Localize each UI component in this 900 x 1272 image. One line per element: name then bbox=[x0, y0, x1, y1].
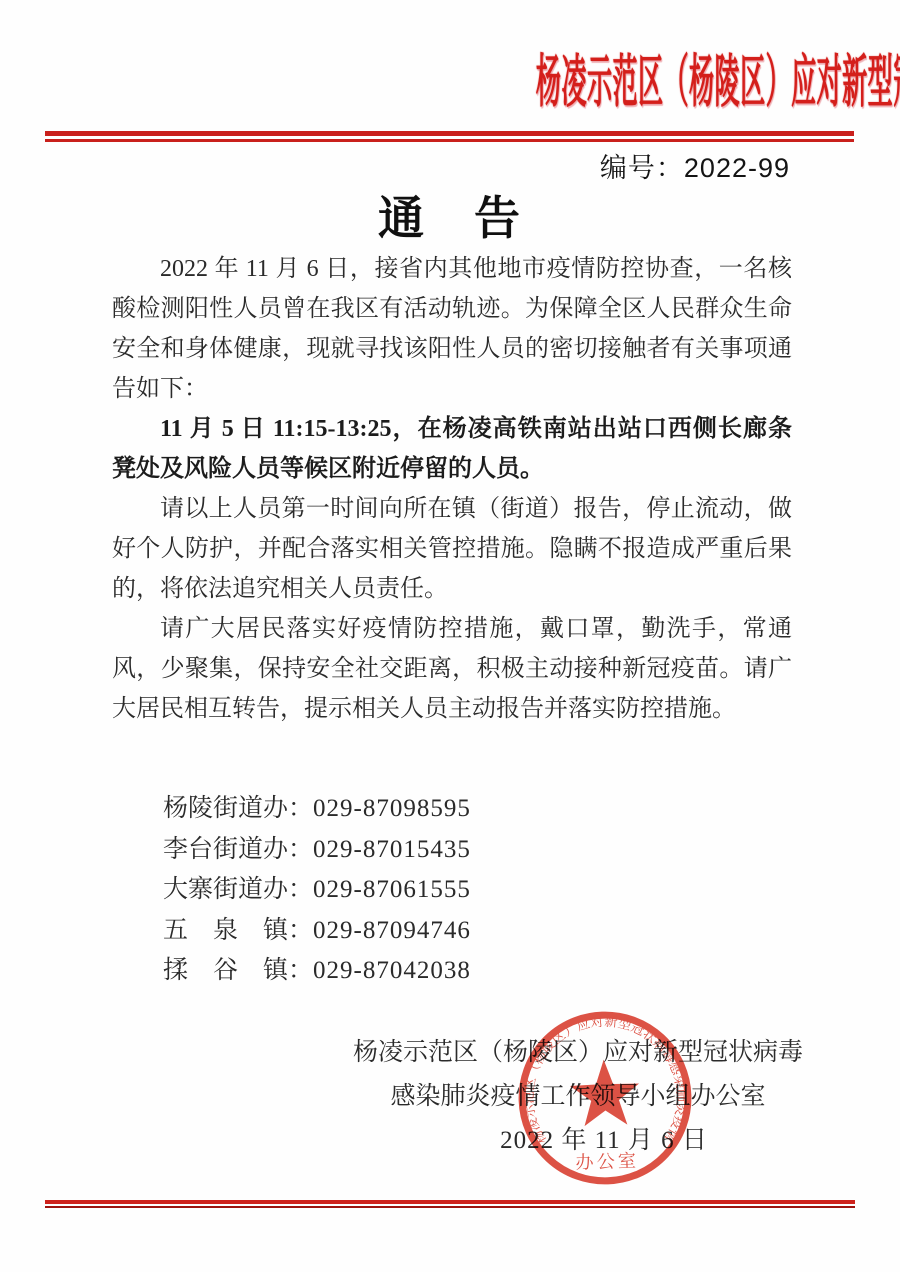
contact-label: 五 泉 镇： bbox=[163, 917, 313, 944]
seal-star-icon bbox=[569, 1058, 640, 1126]
header-divider bbox=[45, 131, 854, 142]
contact-phone: 029-87015435 bbox=[313, 836, 471, 863]
notice-body: 2022 年 11 月 6 日，接省内其他地市疫情防控协查，一名核酸检测阳性人员… bbox=[112, 249, 792, 729]
paragraph-report-instructions: 请以上人员第一时间向所在镇（街道）报告，停止流动，做好个人防护，并配合落实相关管… bbox=[112, 489, 792, 609]
contact-phone-list: 杨陵街道办：029-87098595 李台街道办：029-87015435 大寨… bbox=[163, 789, 471, 992]
document-number: 编号：2022-99 bbox=[600, 146, 790, 185]
header-banner: 杨凌示范区（杨陵区）应对新型冠状病毒感染肺炎疫情工作领导小组办公室 bbox=[0, 36, 900, 118]
contact-label: 揉 谷 镇： bbox=[163, 957, 313, 984]
paragraph-prevention-advice: 请广大居民落实好疫情防控措施，戴口罩，勤洗手，常通风，少聚集，保持安全社交距离，… bbox=[112, 609, 792, 729]
contact-label: 李台街道办： bbox=[163, 836, 313, 863]
contact-label: 大寨街道办： bbox=[163, 876, 313, 903]
contact-phone: 029-87094746 bbox=[313, 917, 471, 944]
footer-divider bbox=[45, 1200, 855, 1208]
notice-title: 通 告 bbox=[0, 182, 900, 248]
contact-row: 大寨街道办：029-87061555 bbox=[163, 870, 471, 911]
paragraph-exposure-location: 11 月 5 日 11:15-13:25，在杨凌高铁南站出站口西侧长廊条凳处及风… bbox=[112, 409, 792, 489]
seal-bottom-text: 办公室 bbox=[575, 1151, 639, 1173]
official-seal: 杨凌示范区（杨陵区）应对新型冠状病毒感染肺炎疫情工作领导小组 办公室 bbox=[508, 1001, 702, 1195]
issuing-office-banner-title: 杨凌示范区（杨陵区）应对新型冠状病毒感染肺炎疫情工作领导小组办公室 bbox=[536, 36, 900, 118]
contact-label: 杨陵街道办： bbox=[163, 795, 313, 822]
contact-row: 李台街道办：029-87015435 bbox=[163, 830, 471, 871]
contact-row: 杨陵街道办：029-87098595 bbox=[163, 789, 471, 830]
contact-phone: 029-87098595 bbox=[313, 795, 471, 822]
contact-row: 五 泉 镇：029-87094746 bbox=[163, 911, 471, 952]
contact-row: 揉 谷 镇：029-87042038 bbox=[163, 951, 471, 992]
contact-phone: 029-87042038 bbox=[313, 957, 471, 984]
notice-document: 杨凌示范区（杨陵区）应对新型冠状病毒感染肺炎疫情工作领导小组办公室 编号：202… bbox=[0, 0, 900, 1272]
paragraph-intro: 2022 年 11 月 6 日，接省内其他地市疫情防控协查，一名核酸检测阳性人员… bbox=[112, 249, 792, 409]
contact-phone: 029-87061555 bbox=[313, 876, 471, 903]
